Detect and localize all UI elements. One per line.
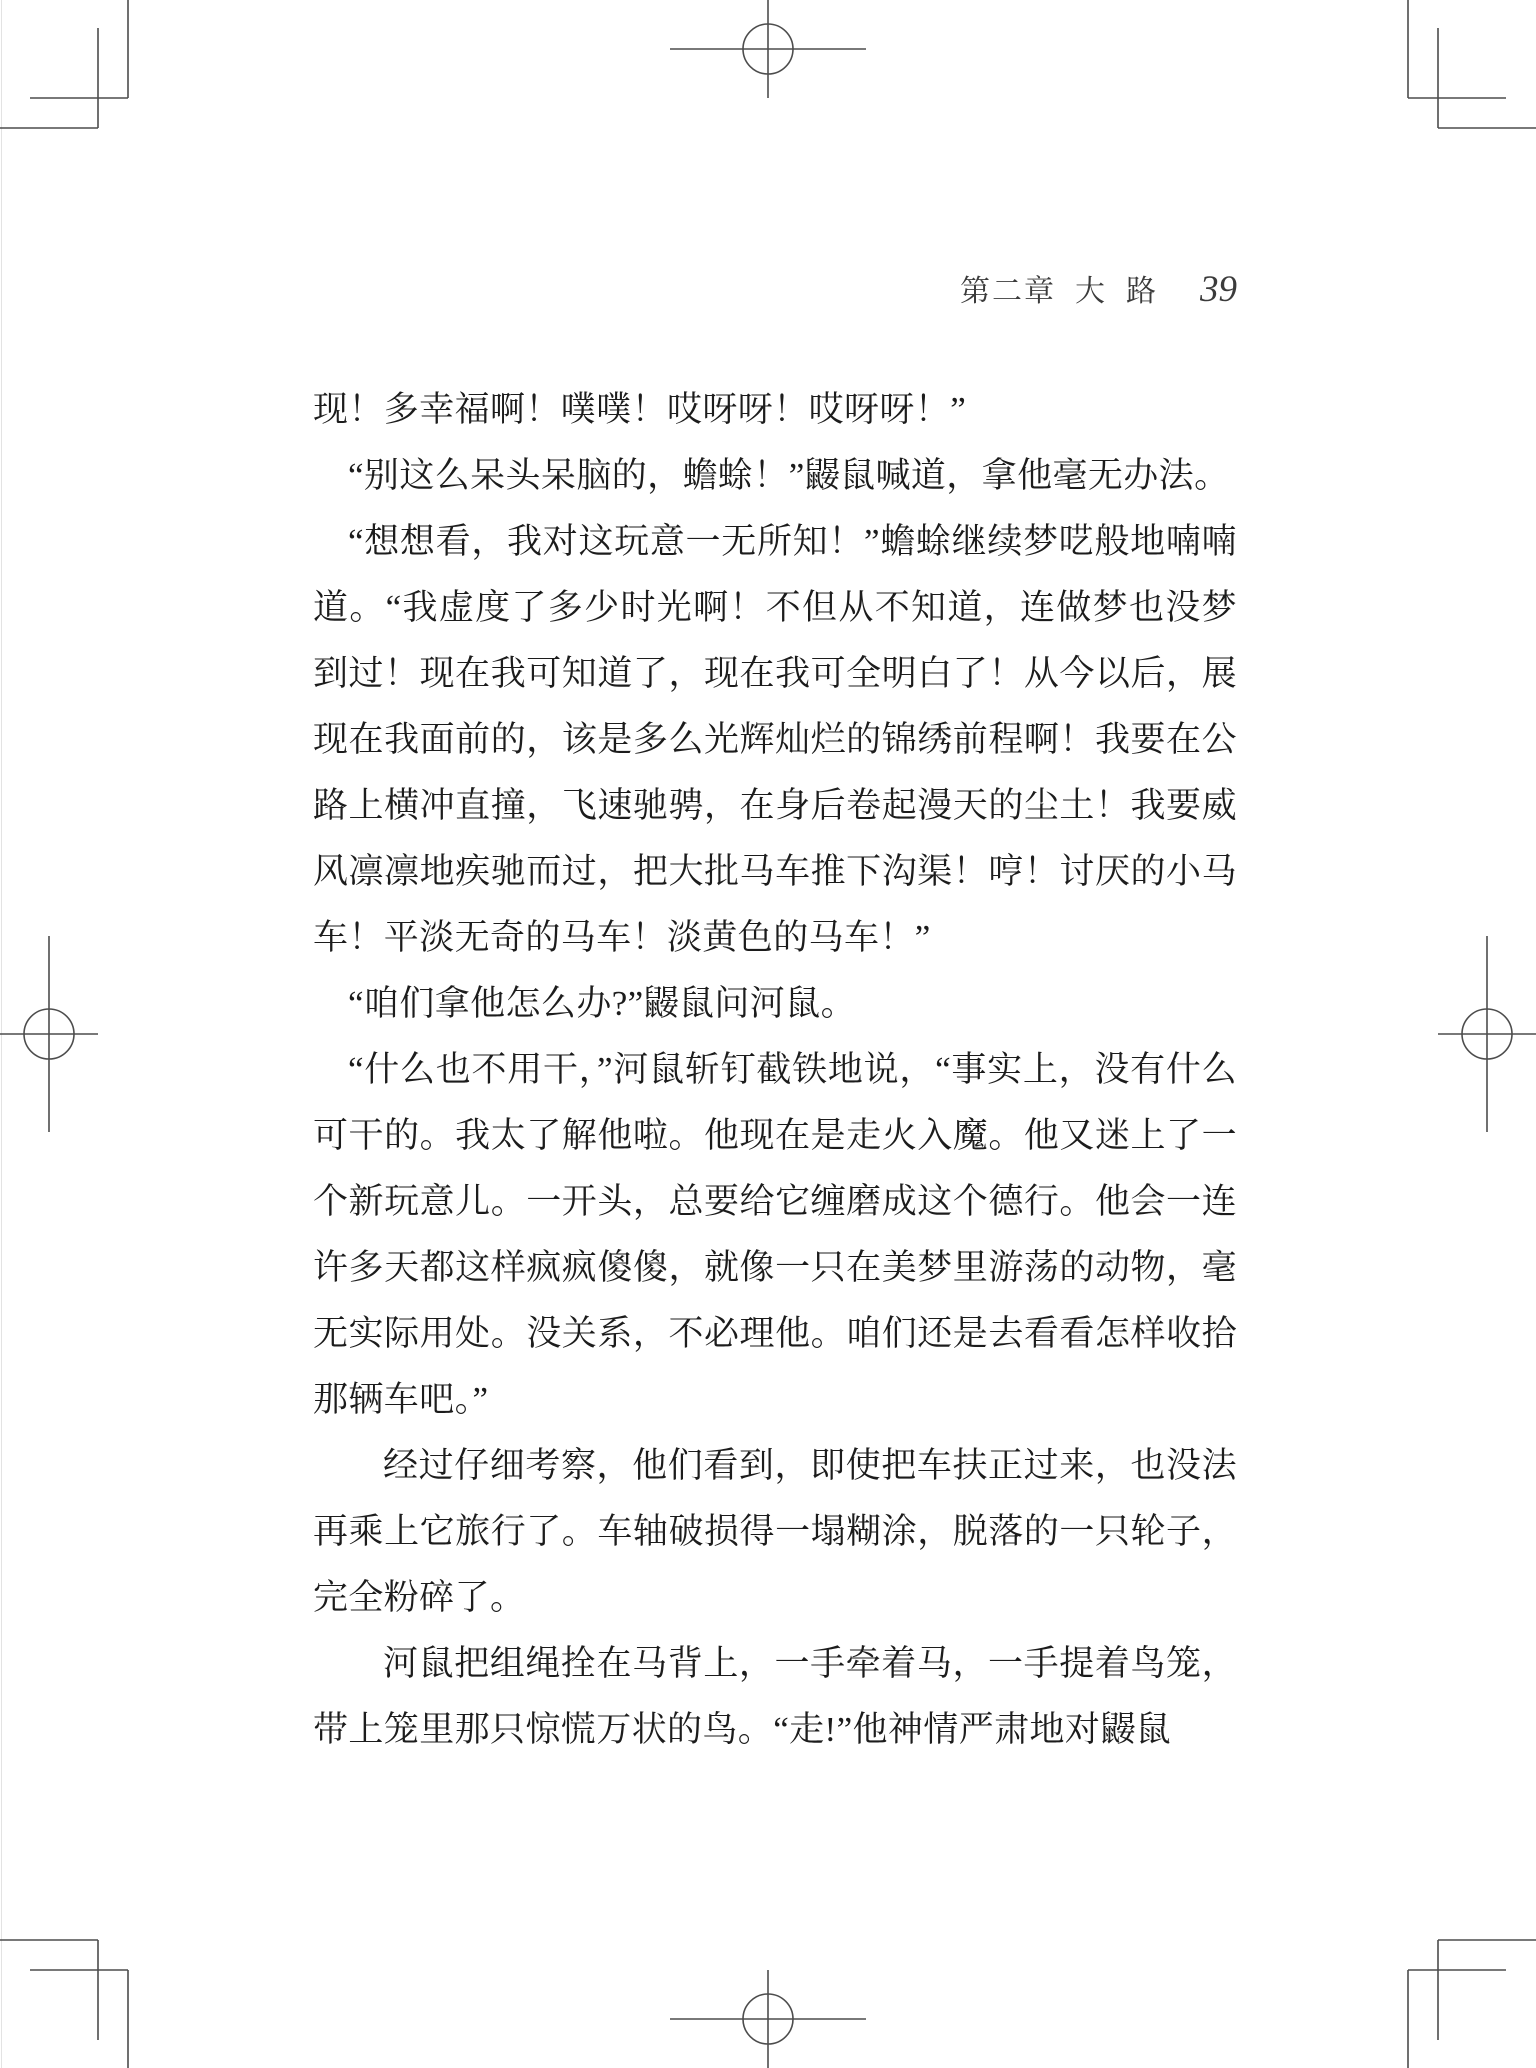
running-header: 第二章 大 路 39 <box>313 266 1237 311</box>
crop-mark-bottom-left <box>0 1940 128 2068</box>
paragraph: 经过仔细考察，他们看到，即使把车扶正过来，也没法再乘上它旅行了。车轴破损得一塌糊… <box>313 1433 1237 1631</box>
page-number: 39 <box>1200 268 1237 311</box>
paragraph: “咱们拿他怎么办?”鼹鼠问河鼠。 <box>313 971 1237 1037</box>
book-page: 第二章 大 路 39 现！多幸福啊！噗噗！哎呀呀！哎呀呀！”“别这么呆头呆脑的，… <box>0 0 1536 2068</box>
crop-mark-bottom-right <box>1408 1940 1536 2068</box>
paragraph: 现！多幸福啊！噗噗！哎呀呀！哎呀呀！” <box>313 377 1237 443</box>
registration-mark-left <box>0 936 98 1132</box>
chapter-title: 第二章 大 路 <box>960 266 1158 310</box>
crop-mark-top-right <box>1408 0 1536 128</box>
registration-mark-bottom <box>670 1970 866 2068</box>
paragraph: “别这么呆头呆脑的，蟾蜍！”鼹鼠喊道，拿他毫无办法。 <box>313 443 1237 509</box>
body-text-column: 现！多幸福啊！噗噗！哎呀呀！哎呀呀！”“别这么呆头呆脑的，蟾蜍！”鼹鼠喊道，拿他… <box>313 377 1237 1763</box>
registration-mark-top <box>670 0 866 98</box>
scan-edge-artifact <box>1 0 2 2068</box>
crop-mark-top-left <box>0 0 128 128</box>
paragraph: “什么也不用干，”河鼠斩钉截铁地说，“事实上，没有什么可干的。我太了解他啦。他现… <box>313 1037 1237 1433</box>
paragraph: “想想看，我对这玩意一无所知！”蟾蜍继续梦呓般地喃喃道。“我虚度了多少时光啊！不… <box>313 509 1237 971</box>
registration-mark-right <box>1438 936 1536 1132</box>
paragraph: 河鼠把组绳拴在马背上，一手牵着马，一手提着鸟笼，带上笼里那只惊慌万状的鸟。“走!… <box>313 1631 1237 1763</box>
